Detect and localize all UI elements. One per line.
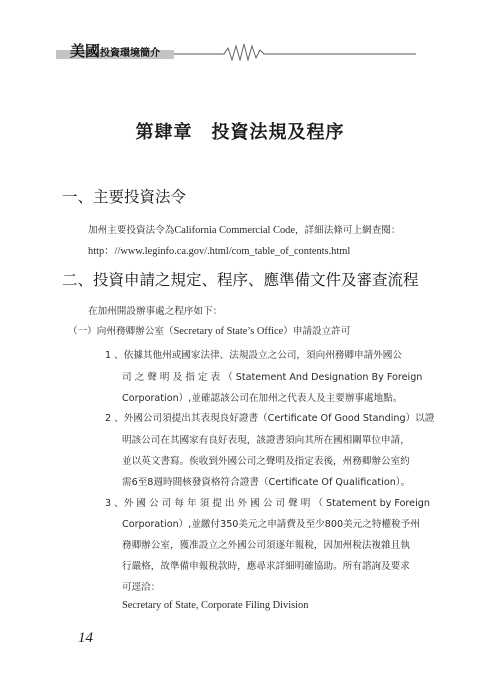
url-link[interactable]: http：//www.leginfo.ca.gov/.html/com_tabl… [88, 246, 350, 257]
section1-para-cn: 加州主要投資法令為 [88, 225, 174, 236]
item3-line-2: Corporation）,並繳付350美元之申請費及至少800美元之特權稅予州 [122, 516, 420, 530]
running-header: 美國投資環境簡介 [56, 40, 416, 60]
sub1-label-pre: （一）向州務卿辦公室（ [68, 326, 174, 337]
running-header-title: 美國投資環境簡介 [70, 40, 160, 61]
section1-paragraph: 加州主要投資法令為California Commercial Code，詳細法條… [88, 222, 401, 236]
item1-line-1: 1 、依據其他州或國家法律、法規設立之公司，須向州務卿申請外國公 [105, 347, 402, 361]
section-heading-2: 二、投資申請之規定、程序、應準備文件及審查流程 [62, 268, 419, 290]
running-header-title-big: 美國 [70, 42, 100, 60]
sub1-label-post: ）申請設立許可 [283, 326, 350, 337]
document-page: 美國投資環境簡介 第肆章 投資法規及程序 一、主要投資法令 加州主要投資法令為C… [0, 0, 480, 679]
section-heading-1: 一、主要投資法令 [62, 185, 186, 207]
section2-intro: 在加州開設辦事處之程序如下： [88, 303, 222, 317]
item2-line-3: 並以英文書寫。俟收到外國公司之聲明及指定表後，州務卿辦公室約 [122, 453, 410, 467]
item3-line-3: 務卿辦公室，獲准設立之外國公司須逐年報稅，因加州稅法複雜且執 [122, 537, 410, 551]
zigzag-line-icon [174, 40, 416, 64]
section1-para-cn-tail: ，詳細法條可上網查閱： [295, 225, 401, 236]
item3-line-4: 行嚴格，故準備申報稅款時，應尋求詳細明確協助。所有諮詢及要求 [122, 558, 410, 572]
item3-line-1: 3 、外 國 公 司 每 年 須 提 出 外 國 公 司 聲 明 （ State… [105, 495, 430, 509]
item1-line-2: 司 之 聲 明 及 指 定 表 （ Statement And Designat… [122, 369, 410, 383]
subsection-1-label: （一）向州務卿辦公室（Secretary of State’s Office）申… [68, 323, 350, 337]
item2-line-1: 2 、外國公司須提出其表現良好證書（Certificate Of Good St… [105, 410, 434, 424]
sub1-label-en: Secretary of State’s Office [174, 326, 284, 337]
page-number: 14 [78, 630, 93, 647]
item2-line-2: 明該公司在其國家有良好表現，該證書須向其所在國相關單位申請， [122, 432, 410, 446]
section1-para-en: California Commercial Code [174, 225, 295, 236]
item3-line-5: 可逕洽： [122, 579, 160, 593]
contact-text: Secretary of State, Corporate Filing Div… [122, 600, 308, 611]
item2-line-4: 需6至8週時間核發資格符合證書（Certificate Of Qualifica… [122, 474, 410, 488]
section1-url: http：//www.leginfo.ca.gov/.html/com_tabl… [88, 242, 350, 257]
running-header-title-small: 投資環境簡介 [100, 48, 160, 59]
item1-line-3: Corporation）,並確認該公司在加州之代表人及主要辦事處地點。 [122, 390, 402, 404]
chapter-title: 第肆章 投資法規及程序 [0, 118, 480, 144]
contact-line: Secretary of State, Corporate Filing Div… [122, 600, 308, 611]
